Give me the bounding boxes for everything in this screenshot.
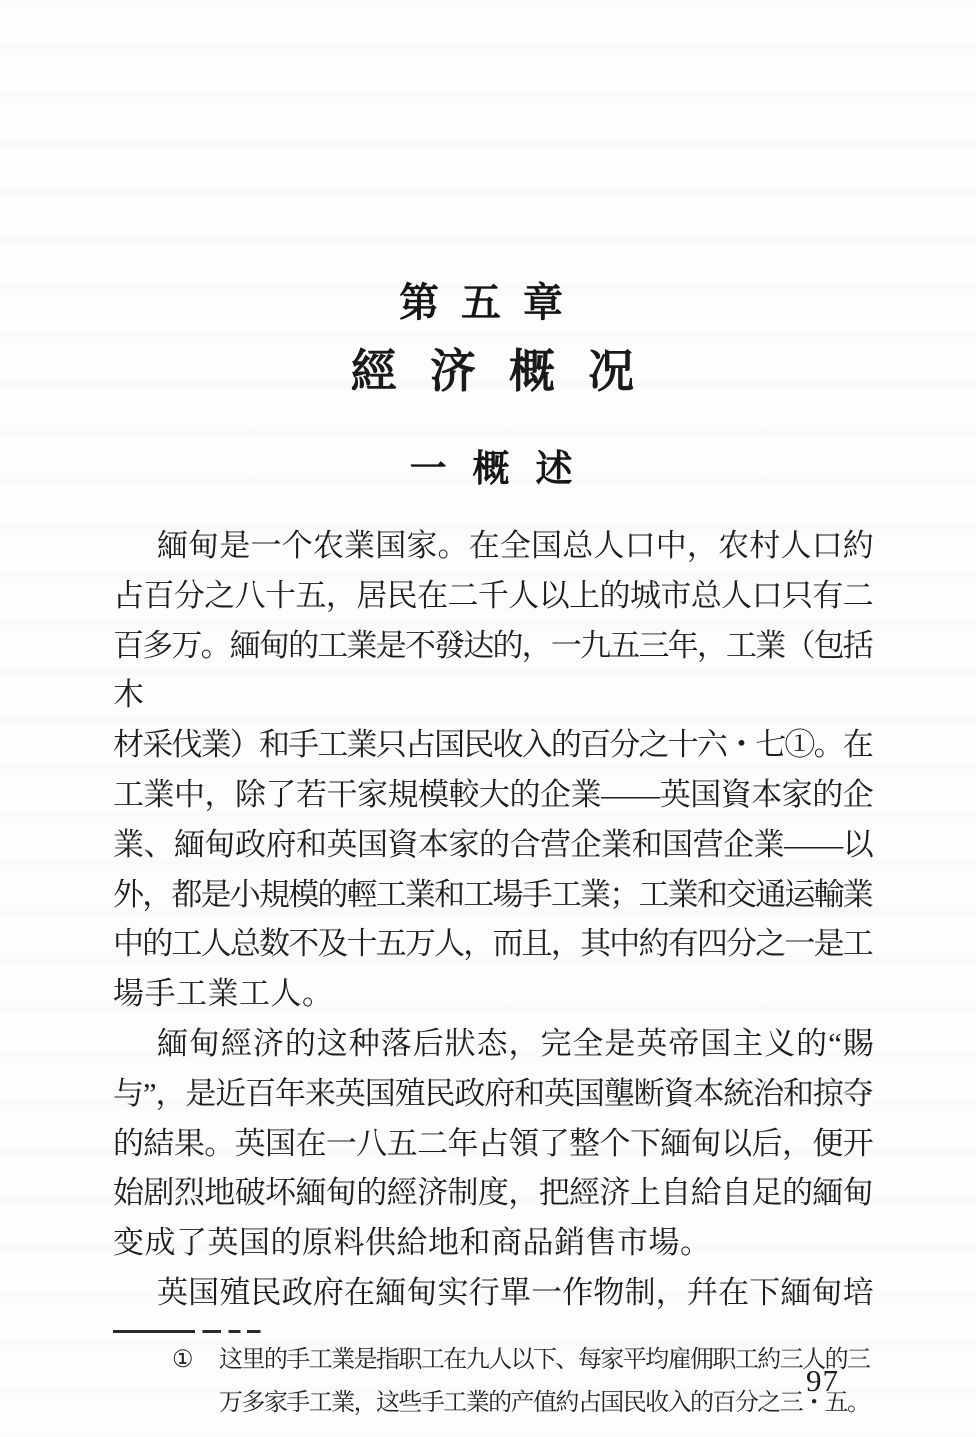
- text-line: 工業中，除了若干家規模較大的企業——英国資本家的企: [113, 770, 871, 820]
- text-line: 緬甸是一个农業国家。在全国总人口中，农村人口約: [113, 521, 871, 571]
- paragraph-2: 緬甸經济的这种落后狀态，完全是英帝国主义的“賜 与”，是近百年来英国殖民政府和英…: [113, 1019, 871, 1268]
- chapter-number-heading: 第五章: [113, 283, 871, 323]
- paragraph-3: 英国殖民政府在緬甸实行單一作物制，幷在下緬甸培: [113, 1268, 871, 1318]
- text-line: 材采伐業）和手工業只占国民收入的百分之十六・七①。在: [113, 720, 871, 770]
- book-page: 第五章 經济概况 一概述 緬甸是一个农業国家。在全国总人口中，农村人口約 占百分…: [0, 0, 976, 1437]
- text-line: 場手工業工人。: [113, 969, 871, 1019]
- chapter-title-heading: 經济概况: [113, 349, 871, 395]
- footnote: ① 这里的手工業是指职工在九人以下、每家平均雇佣职工約三人的三 万多家手工業，这…: [113, 1339, 871, 1425]
- footnote-marker: ①: [172, 1339, 219, 1425]
- section-heading: 一概述: [113, 451, 871, 489]
- text-line: 与”，是近百年来英国殖民政府和英国壟断資本統治和掠夺: [113, 1069, 871, 1119]
- text-line: 中的工人总数不及十五万人，而且，其中約有四分之一是工: [113, 919, 871, 969]
- paragraph-1: 緬甸是一个农業国家。在全国总人口中，农村人口約 占百分之八十五，居民在二千人以上…: [113, 521, 871, 1019]
- text-line: 緬甸經济的这种落后狀态，完全是英帝国主义的“賜: [113, 1019, 871, 1069]
- page-number: 97: [806, 1363, 839, 1399]
- text-line: 始剧烈地破坏緬甸的經济制度，把經济上自給自足的緬甸: [113, 1168, 871, 1218]
- body-text: 緬甸是一个农業国家。在全国总人口中，农村人口約 占百分之八十五，居民在二千人以上…: [113, 521, 871, 1318]
- text-line: 百多万。緬甸的工業是不發达的，一九五三年，工業（包括木: [113, 621, 871, 721]
- text-line: 变成了英国的原料供給地和商品銷售市場。: [113, 1218, 871, 1268]
- text-line: 英国殖民政府在緬甸实行單一作物制，幷在下緬甸培: [113, 1268, 871, 1318]
- text-line: 業、緬甸政府和英国資本家的合营企業和国营企業——以: [113, 820, 871, 870]
- text-line: 外，都是小規模的輕工業和工場手工業；工業和交通运輸業: [113, 870, 871, 920]
- footnote-text-line: 这里的手工業是指职工在九人以下、每家平均雇佣职工約三人的三: [219, 1339, 869, 1382]
- footnote-divider: [113, 1330, 265, 1333]
- text-line: 占百分之八十五，居民在二千人以上的城市总人口只有二: [113, 571, 871, 621]
- text-line: 的結果。英国在一八五二年占領了整个下緬甸以后，便开: [113, 1119, 871, 1169]
- footnote-text-line: 万多家手工業，这些手工業的产值約占国民收入的百分之三・五。: [219, 1382, 869, 1425]
- footnote-text: 这里的手工業是指职工在九人以下、每家平均雇佣职工約三人的三 万多家手工業，这些手…: [219, 1339, 869, 1425]
